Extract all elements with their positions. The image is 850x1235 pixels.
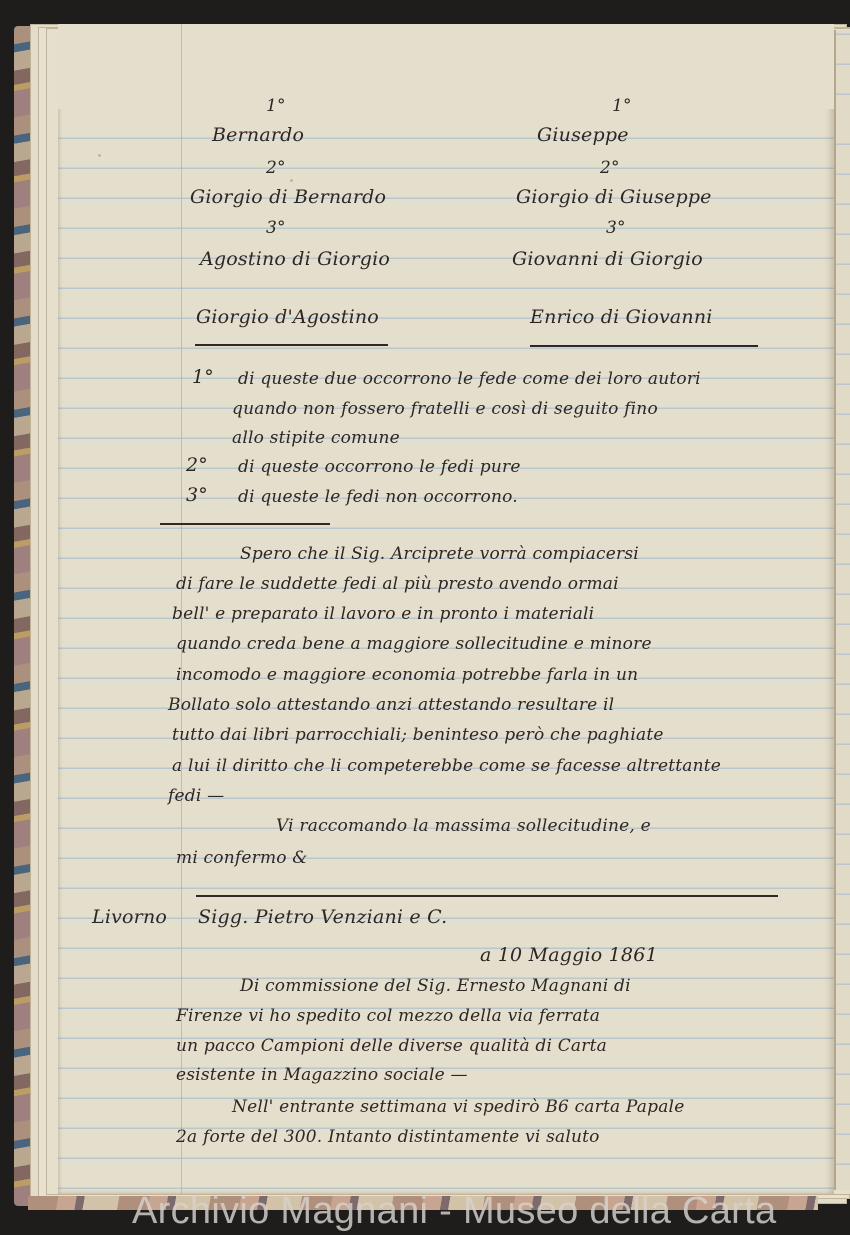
letter-place: Livorno xyxy=(92,906,167,928)
para1-line-8: a lui il diritto che li competerebbe com… xyxy=(172,756,721,776)
facing-page-edge xyxy=(834,30,850,1190)
left-ordinal-3: 3° xyxy=(266,218,286,238)
para1-line-5: incomodo e maggiore economia potrebbe fa… xyxy=(176,665,638,685)
section-divider-short xyxy=(160,523,330,525)
letter-divider xyxy=(196,895,778,897)
left-underline xyxy=(195,344,388,346)
document-scan: 1° Bernardo 2° Giorgio di Bernardo 3° Ag… xyxy=(0,0,850,1235)
para2-line-2: mi confermo & xyxy=(176,848,308,868)
right-name-3: Giovanni di Giorgio xyxy=(512,248,703,270)
left-name-4: Giorgio d'Agostino xyxy=(196,306,379,328)
para1-line-2: di fare le suddette fedi al più presto a… xyxy=(176,574,619,594)
left-ordinal-2: 2° xyxy=(266,158,286,178)
note-1-line-1: di queste due occorrono le fede come dei… xyxy=(238,369,701,389)
left-name-1: Bernardo xyxy=(212,124,304,146)
note-3-marker: 3° xyxy=(186,484,208,506)
letter-body-line-2: Firenze vi ho spedito col mezzo della vi… xyxy=(176,1006,600,1026)
note-2-marker: 2° xyxy=(186,454,208,476)
letter-body-line-1: Di commissione del Sig. Ernesto Magnani … xyxy=(240,976,631,996)
letter-addressee: Sigg. Pietro Venziani e C. xyxy=(198,906,447,928)
note-3-line-1: di queste le fedi non occorrono. xyxy=(238,487,518,507)
letter-body-line-4: esistente in Magazzino sociale — xyxy=(176,1065,468,1085)
left-name-3: Agostino di Giorgio xyxy=(200,248,390,270)
right-name-4: Enrico di Giovanni xyxy=(530,306,713,328)
right-ordinal-1: 1° xyxy=(612,96,632,116)
para2-line-1: Vi raccomando la massima sollecitudine, … xyxy=(276,816,651,836)
note-2-line-1: di queste occorrono le fedi pure xyxy=(238,457,521,477)
archive-watermark: Archivio Magnani - Museo della Carta xyxy=(132,1190,776,1233)
para1-line-6: Bollato solo attestando anzi attestando … xyxy=(168,695,614,715)
para1-line-4: quando creda bene a maggiore sollecitudi… xyxy=(176,634,652,654)
letter-date: a 10 Maggio 1861 xyxy=(480,944,658,966)
right-name-2: Giorgio di Giuseppe xyxy=(516,186,712,208)
note-1-line-2: quando non fossero fratelli e così di se… xyxy=(232,399,658,419)
left-ordinal-1: 1° xyxy=(266,96,286,116)
para1-line-9: fedi — xyxy=(168,786,224,806)
right-ordinal-2: 2° xyxy=(600,158,620,178)
right-ordinal-3: 3° xyxy=(606,218,626,238)
para1-line-1: Spero che il Sig. Arciprete vorrà compia… xyxy=(240,544,639,564)
para1-line-7: tutto dai libri parrocchiali; beninteso … xyxy=(172,725,664,745)
note-1-line-3: allo stipite comune xyxy=(232,428,400,448)
note-1-marker: 1° xyxy=(192,366,214,388)
letter-body-line-5: Nell' entrante settimana vi spedirò B6 c… xyxy=(232,1097,684,1117)
right-underline xyxy=(530,345,758,347)
letter-body-line-6: 2a forte del 300. Intanto distintamente … xyxy=(176,1127,600,1147)
para1-line-3: bell' e preparato il lavoro e in pronto … xyxy=(172,604,594,624)
letter-body-line-3: un pacco Campioni delle diverse qualità … xyxy=(176,1036,607,1056)
right-name-1: Giuseppe xyxy=(537,124,629,146)
left-name-2: Giorgio di Bernardo xyxy=(190,186,386,208)
